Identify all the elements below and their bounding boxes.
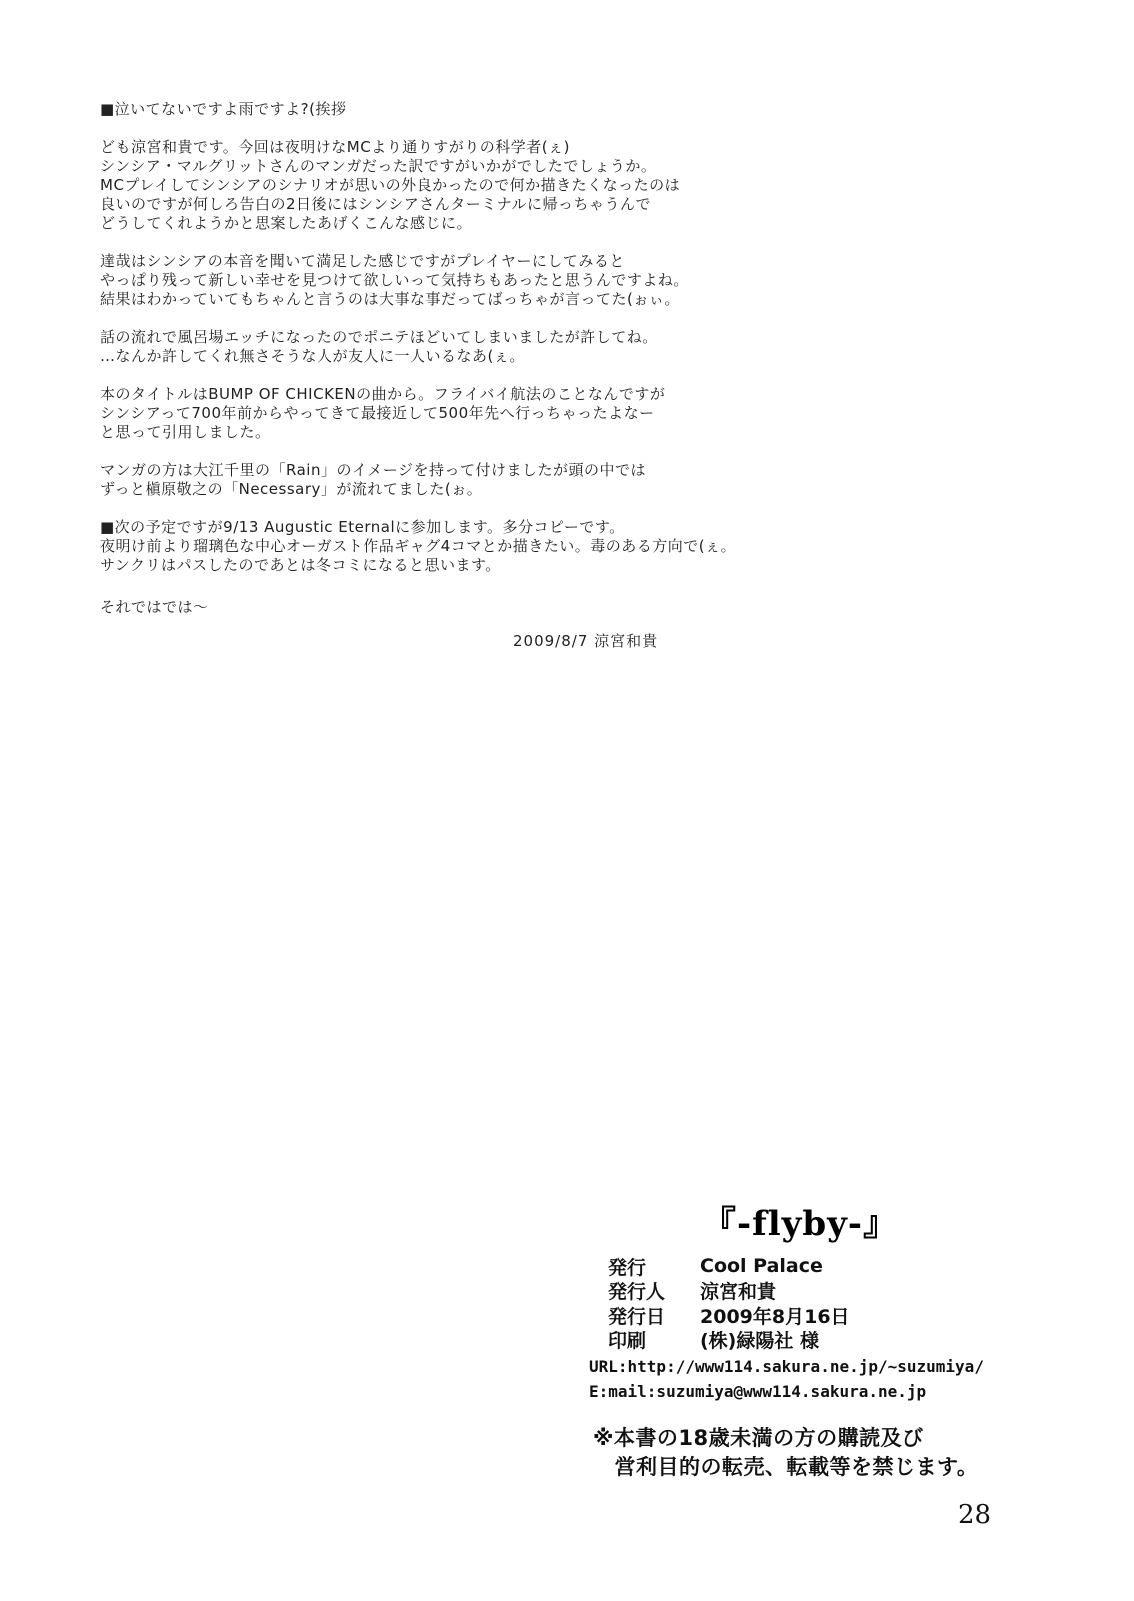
date-signature-line: 2009/8/7 涼宮和貴	[513, 630, 658, 651]
colophon-value: Cool Palace	[700, 1255, 1008, 1277]
afterword-paragraph: 達哉はシンシアの本音を聞いて満足した感じですがプレイヤーにしてみると やっぱり残…	[100, 252, 689, 309]
colophon-table: 発行 Cool Palace 発行人 涼宮和貴 発行日 2009年8月16日 印…	[608, 1254, 1008, 1352]
email-address: E:mail:suzumiya@www114.sakura.ne.jp	[589, 1382, 926, 1401]
age-restriction-notice: ※本書の18歳未満の方の購読及び 営利目的の転売、転載等を禁じます。	[593, 1424, 978, 1482]
colophon-value: 涼宮和貴	[700, 1277, 1008, 1304]
colophon-label: 発行日	[608, 1302, 700, 1329]
colophon-label: 印刷	[608, 1326, 700, 1353]
colophon-row-date: 発行日 2009年8月16日	[608, 1303, 1008, 1328]
colophon-value: 2009年8月16日	[700, 1302, 1008, 1329]
afterword-paragraph: マンガの方は大江千里の「Rain」のイメージを持って付けましたが頭の中では ずっ…	[100, 461, 646, 499]
colophon-row-publisher: 発行 Cool Palace	[608, 1254, 1008, 1279]
page-number: 28	[958, 1500, 991, 1530]
greeting-line: ■泣いてないですよ雨ですよ?(挨拶	[100, 100, 347, 119]
colophon-label: 発行人	[608, 1277, 700, 1304]
colophon-row-printer: 印刷 (株)緑陽社 様	[608, 1328, 1008, 1353]
colophon-row-issuer: 発行人 涼宮和貴	[608, 1279, 1008, 1304]
afterword-paragraph: 話の流れで風呂場エッチになったのでポニテほどいてしまいましたが許してね。 …なん…	[100, 328, 658, 366]
afterword-paragraph: ども涼宮和貴です。今回は夜明けなMCより通りすがりの科学者(ぇ) シンシア・マル…	[100, 138, 680, 233]
afterword-page: ■泣いてないですよ雨ですよ?(挨拶 ども涼宮和貴です。今回は夜明けなMCより通り…	[0, 0, 1134, 1601]
book-title: 『-flyby-』	[600, 1196, 1000, 1245]
colophon-label: 発行	[608, 1253, 700, 1280]
closing-line: それではでは〜	[100, 598, 209, 617]
afterword-paragraph: ■次の予定ですが9/13 Augustic Eternalに参加します。多分コピ…	[100, 518, 736, 575]
afterword-paragraph: 本のタイトルはBUMP OF CHICKENの曲から。フライバイ航法のことなんで…	[100, 385, 665, 442]
colophon-value: (株)緑陽社 様	[700, 1326, 1008, 1353]
website-url: URL:http://www114.sakura.ne.jp/~suzumiya…	[589, 1357, 984, 1376]
